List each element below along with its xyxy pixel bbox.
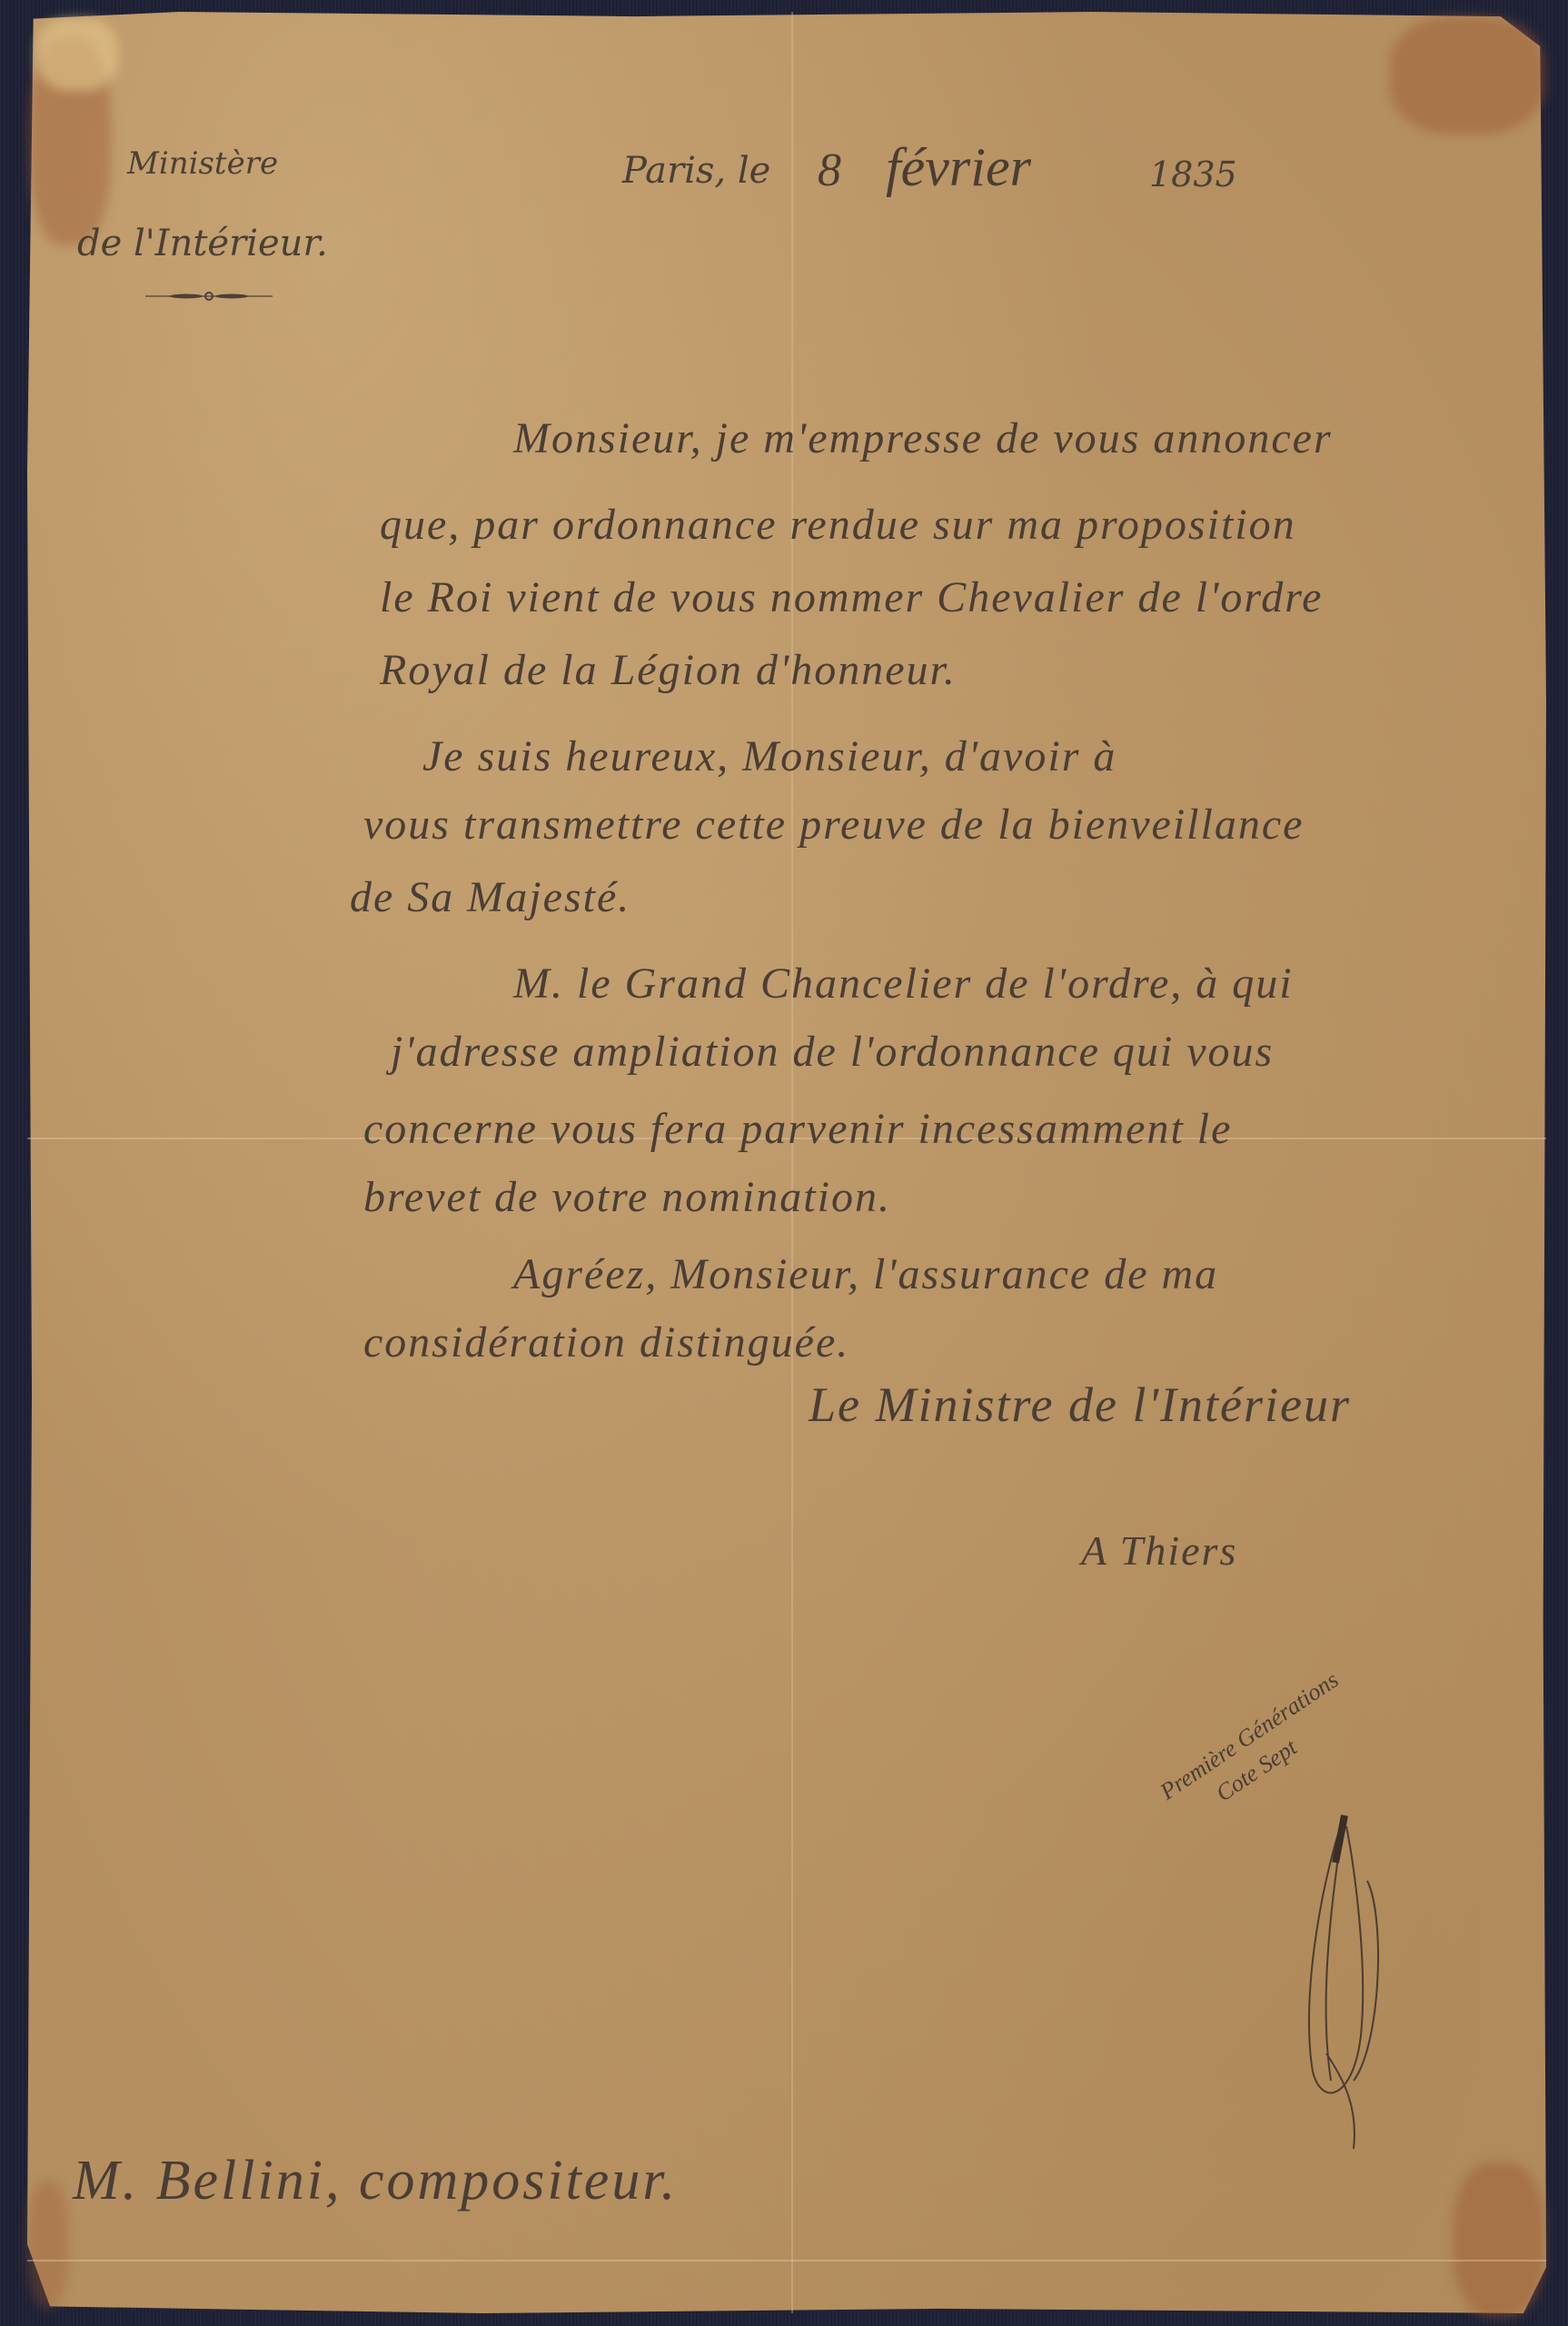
body-line: de Sa Majesté. (350, 872, 630, 922)
body-line: Je suis heureux, Monsieur, d'avoir à (422, 731, 1116, 781)
dateline-day: 8 (818, 144, 841, 197)
corner-stain-bottom-right (1454, 2162, 1544, 2317)
dateline-place: Paris, le (622, 150, 770, 192)
letterhead-department: de l'Intérieur. (77, 223, 328, 264)
closing-title: Le Ministre de l'Intérieur (809, 1377, 1351, 1433)
body-line: vous transmettre cette preuve de la bien… (363, 800, 1304, 850)
vertical-fold-line (791, 12, 793, 2313)
body-line: concerne vous fera parvenir incessamment… (363, 1104, 1232, 1154)
body-line: Agréez, Monsieur, l'assurance de ma (513, 1249, 1218, 1299)
corner-stain-top-left-light (36, 18, 118, 91)
body-line: j'adresse ampliation de l'ordonnance qui… (391, 1027, 1274, 1077)
corner-stain-top-right (1390, 16, 1544, 134)
body-line: M. le Grand Chancelier de l'ordre, à qui (513, 959, 1294, 1009)
minister-signature: A Thiers (1081, 1526, 1237, 1575)
letterhead-ministry: Ministère (127, 145, 278, 182)
body-line: Royal de la Légion d'honneur. (380, 645, 957, 695)
body-line: que, par ordonnance rendue sur ma propos… (380, 500, 1296, 550)
body-line: considération distinguée. (363, 1317, 849, 1367)
body-line: Monsieur, je m'empresse de vous annoncer (513, 413, 1333, 463)
dateline-year: 1835 (1149, 154, 1237, 194)
body-line: brevet de votre nomination. (363, 1172, 891, 1222)
lower-fold-line (27, 2260, 1546, 2261)
paraph-flourish-icon (1290, 1808, 1390, 2153)
body-line: le Roi vient de vous nommer Chevalier de… (380, 572, 1323, 622)
letterhead-ornament-icon (145, 291, 273, 302)
corner-stain-bottom-left (27, 2181, 68, 2308)
addressee-line: M. Bellini, compositeur. (73, 2149, 678, 2213)
dateline-month: février (886, 136, 1031, 199)
